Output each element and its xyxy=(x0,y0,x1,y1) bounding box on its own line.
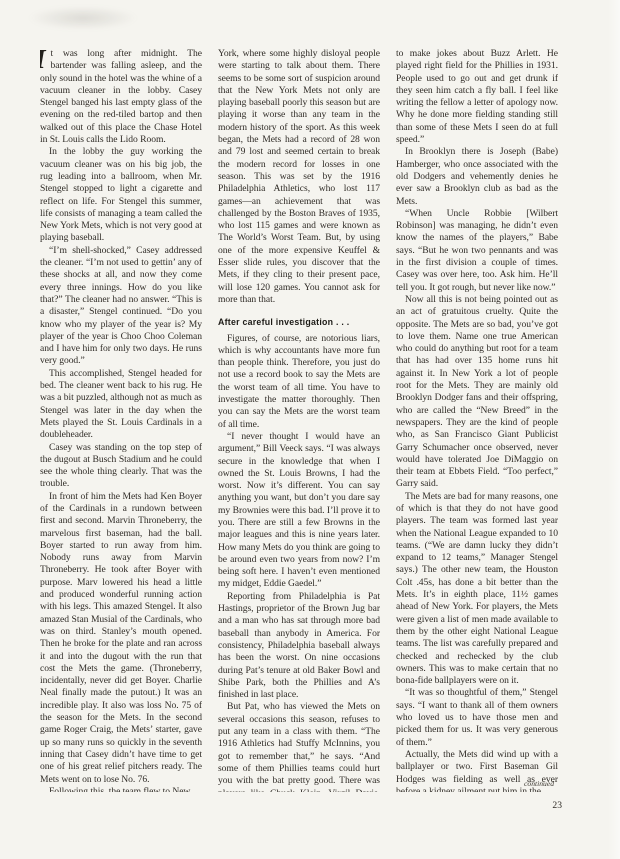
paragraph: Figures, of course, are notorious liars,… xyxy=(218,333,380,431)
paragraph: “I’m shell-shocked,” Casey addressed the… xyxy=(40,245,202,368)
text-column-2: York, where some highly disloyal people … xyxy=(218,48,380,792)
paragraph: But Pat, who has viewed the Mets on seve… xyxy=(218,701,380,792)
paragraph: In the lobby the guy working the vacuum … xyxy=(40,146,202,244)
paragraph: Reporting from Philadelphia is Pat Hasti… xyxy=(218,591,380,702)
page-number: 23 xyxy=(536,800,562,811)
paragraph: Casey was standing on the top step of th… xyxy=(40,442,202,491)
continued-label: continued xyxy=(396,779,554,788)
paragraph: This accomplished, Stengel headed for be… xyxy=(40,368,202,442)
paragraph-text: t was long after midnight. The bartender… xyxy=(40,48,202,145)
drop-cap: I xyxy=(40,49,45,70)
paragraph: to make jokes about Buzz Arlett. He play… xyxy=(396,48,558,146)
paragraph: Now all this is not being pointed out as… xyxy=(396,294,558,491)
paragraph: “It was so thoughtful of them,” Stengel … xyxy=(396,687,558,748)
paragraph: In Brooklyn there is Joseph (Babe) Hambe… xyxy=(396,146,558,207)
paragraph: York, where some highly disloyal people … xyxy=(218,48,380,306)
text-column-1: It was long after midnight. The bartende… xyxy=(40,48,202,792)
scan-artifact-smudge xyxy=(28,6,138,30)
paragraph: It was long after midnight. The bartende… xyxy=(40,48,202,146)
magazine-page: It was long after midnight. The bartende… xyxy=(0,0,620,859)
paragraph: In front of him the Mets had Ken Boyer o… xyxy=(40,491,202,786)
scan-edge-shade xyxy=(608,0,620,859)
paragraph: “I never thought I would have an argumen… xyxy=(218,431,380,591)
paragraph: Following this, the team flew to New xyxy=(40,786,202,792)
text-column-3: to make jokes about Buzz Arlett. He play… xyxy=(396,48,558,792)
article-body: It was long after midnight. The bartende… xyxy=(40,48,558,792)
section-subhead: After careful investigation . . . xyxy=(218,316,380,328)
paragraph: The Mets are bad for many reasons, one o… xyxy=(396,491,558,688)
paragraph: “When Uncle Robbie [Wilbert Robinson] wa… xyxy=(396,208,558,294)
